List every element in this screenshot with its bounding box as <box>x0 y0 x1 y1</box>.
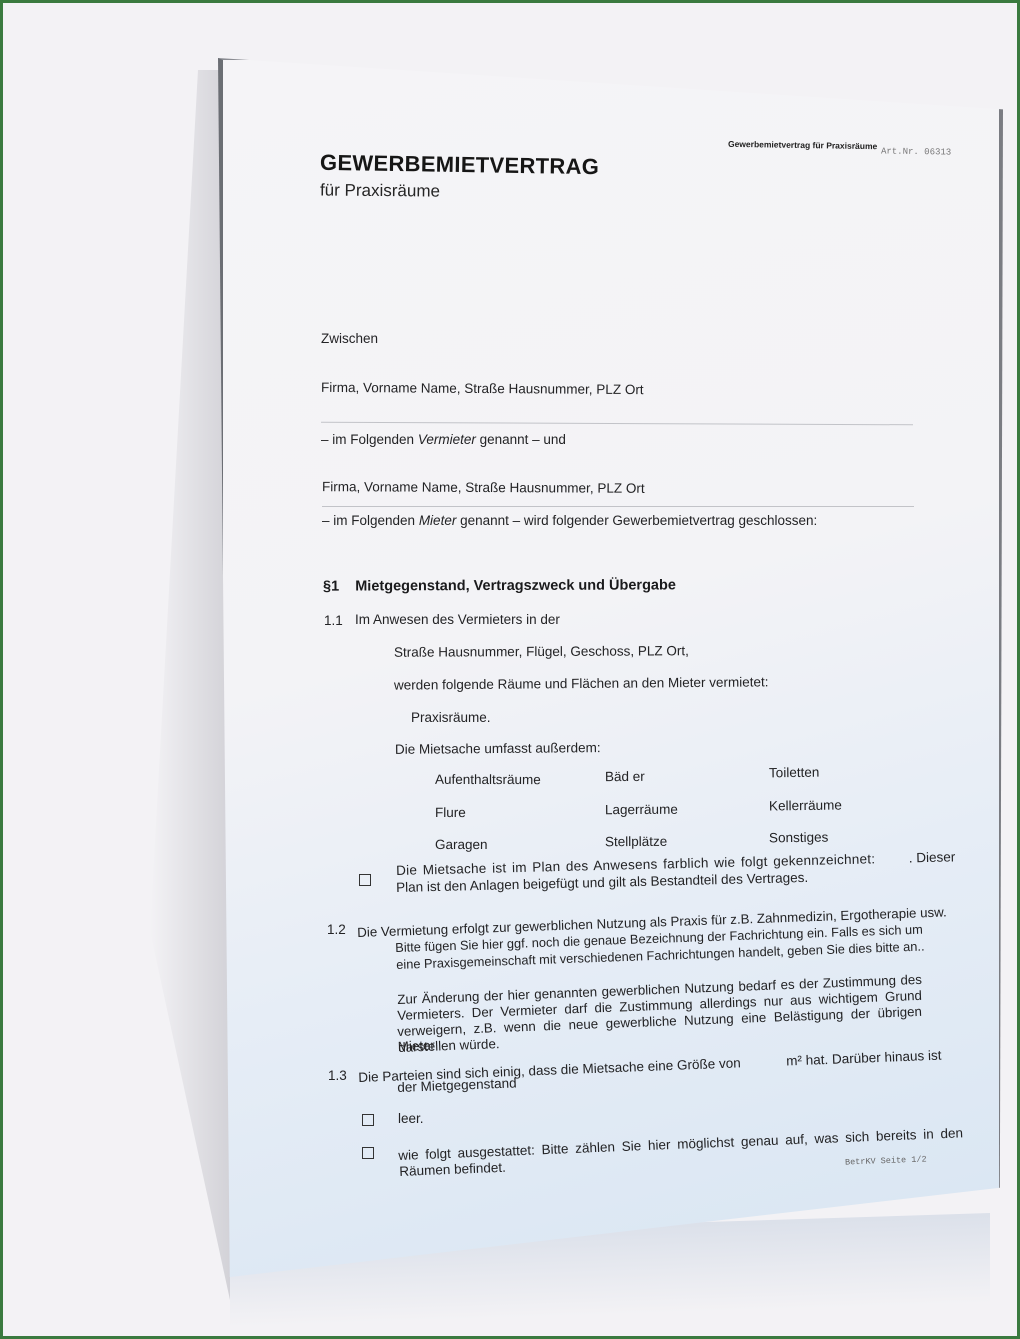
role-term-mieter: Mieter <box>419 513 457 528</box>
clause-1-2-number: 1.2 <box>327 922 346 937</box>
landlord-underline <box>321 422 913 426</box>
includes-item: Toiletten <box>769 765 819 781</box>
equipped-option-line2: Räumen befindet. <box>399 1160 506 1179</box>
size-unit-text: m² hat. Darüber hinaus ist <box>786 1048 942 1069</box>
role-suffix: genannt – und <box>476 432 566 447</box>
tenant-underline <box>322 506 914 507</box>
clause-1-1-line2: werden folgende Räume und Flächen an den… <box>394 674 769 692</box>
section-title: Mietgegenstand, Vertragszweck und Überga… <box>355 577 676 594</box>
includes-item: Aufenthaltsräume <box>435 772 541 787</box>
clause-1-1-line1: Im Anwesen des Vermieters in der <box>355 612 560 627</box>
includes-item: Garagen <box>435 837 488 852</box>
landlord-field[interactable]: Firma, Vorname Name, Straße Hausnummer, … <box>321 380 644 397</box>
article-number: Art.Nr. 06313 <box>881 146 951 157</box>
includes-intro: Die Mietsache umfasst außerdem: <box>395 740 601 757</box>
plan-option-checkbox[interactable] <box>359 874 371 886</box>
role-suffix: genannt – wird folgender Gewerbemietvert… <box>456 513 817 528</box>
document-content: Gewerbemietvertrag für Praxisräume Art.N… <box>223 60 999 1278</box>
parties-intro: Zwischen <box>321 331 378 346</box>
role-term-vermieter: Vermieter <box>418 432 476 447</box>
empty-option-label: leer. <box>398 1111 424 1126</box>
tenant-role: – im Folgenden Mieter genannt – wird fol… <box>322 513 817 528</box>
role-prefix: – im Folgenden <box>321 432 418 447</box>
section-number: §1 <box>323 579 339 595</box>
includes-item: Sonstiges <box>769 830 828 846</box>
includes-item: Kellerräume <box>769 798 842 814</box>
role-prefix: – im Folgenden <box>322 513 419 528</box>
page-title: GEWERBEMIETVERTRAG <box>320 150 600 180</box>
tenant-field[interactable]: Firma, Vorname Name, Straße Hausnummer, … <box>322 479 645 496</box>
property-address-field[interactable]: Straße Hausnummer, Flügel, Geschoss, PLZ… <box>394 643 689 660</box>
page-subtitle: für Praxisräume <box>320 180 440 201</box>
header-doc-title: Gewerbemietvertrag für Praxisräume <box>728 139 877 151</box>
page-footer: BetrKV Seite 1/2 <box>845 1154 927 1167</box>
plan-option-text-end: . Dieser <box>909 849 956 865</box>
page-shadow-left <box>150 70 230 1300</box>
size-field[interactable] <box>745 1066 783 1067</box>
landlord-role: – im Folgenden Vermieter genannt – und <box>321 432 566 447</box>
section-1-heading: §1 Mietgegenstand, Vertragszweck und Übe… <box>323 577 676 594</box>
document-page: Gewerbemietvertrag für Praxisräume Art.N… <box>218 58 1003 1282</box>
includes-item: Lagerräume <box>605 801 678 816</box>
includes-item: Stellplätze <box>605 833 667 848</box>
clause-1-1-number: 1.1 <box>324 613 343 628</box>
includes-item: Flure <box>435 805 466 820</box>
equipped-option-checkbox[interactable] <box>362 1147 374 1159</box>
includes-item: Bäd er <box>605 768 645 783</box>
rooms-field[interactable]: Praxisräume. <box>411 710 491 725</box>
clause-1-3-number: 1.3 <box>328 1068 347 1083</box>
clause-1-3-line2: der Mietgegenstand <box>397 1075 517 1095</box>
empty-option-checkbox[interactable] <box>362 1114 374 1126</box>
